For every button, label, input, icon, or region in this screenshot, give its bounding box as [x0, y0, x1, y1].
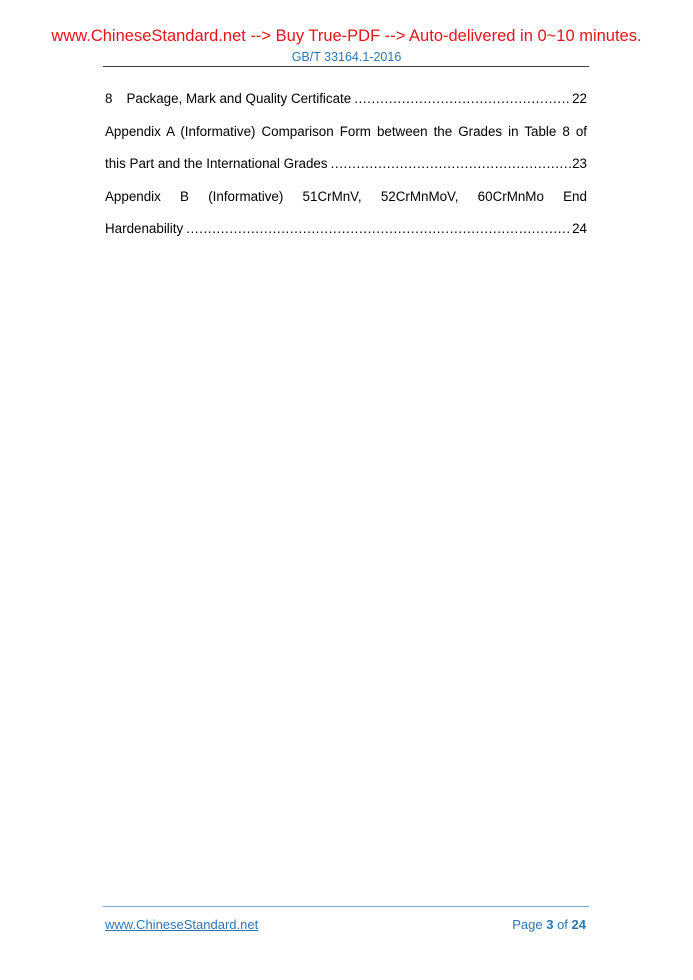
toc-entry-page: 22 — [572, 89, 587, 109]
header-divider — [103, 66, 589, 67]
page-indicator: Page 3 of 24 — [512, 917, 586, 932]
toc-entry-label: 8Package, Mark and Quality Certificate — [105, 89, 351, 109]
standard-code-header: GB/T 33164.1-2016 — [0, 50, 693, 64]
toc-entry-number: 8 — [105, 91, 112, 106]
toc-leader-dots — [186, 219, 571, 239]
total-pages-number: 24 — [572, 917, 586, 932]
toc-entry-title-text: Appendix A (Informative) Comparison Form… — [105, 122, 587, 142]
page-prefix: Page — [512, 917, 542, 932]
toc-word: B — [180, 187, 189, 207]
promo-banner[interactable]: www.ChineseStandard.net --> Buy True-PDF… — [0, 27, 693, 46]
toc-entry-page: 24 — [572, 219, 587, 239]
toc-entry-8[interactable]: 8Package, Mark and Quality Certificate 2… — [105, 89, 587, 109]
current-page-number: 3 — [546, 917, 553, 932]
toc-entry-page: 23 — [572, 154, 587, 174]
toc-entry-title-line2: Hardenability — [105, 219, 183, 239]
toc-entry-title-line2: this Part and the International Grades — [105, 154, 328, 174]
toc-entry-title-line1: Appendix B (Informative) 51CrMnV, 52CrMn… — [105, 187, 587, 207]
toc-word: 52CrMnMoV, — [381, 187, 459, 207]
toc-entry-title: Package, Mark and Quality Certificate — [126, 91, 351, 106]
toc-word: 60CrMnMo — [478, 187, 544, 207]
table-of-contents: 8Package, Mark and Quality Certificate 2… — [105, 89, 587, 252]
toc-word: (Informative) — [208, 187, 283, 207]
toc-word: Appendix — [105, 187, 161, 207]
toc-entry-title-line1: Appendix A (Informative) Comparison Form… — [105, 122, 587, 142]
page-of: of — [557, 917, 568, 932]
toc-word: End — [563, 187, 587, 207]
footer-divider — [103, 906, 589, 907]
toc-leader-dots — [354, 89, 571, 109]
toc-leader-dots — [331, 154, 572, 174]
toc-word: 51CrMnV, — [303, 187, 362, 207]
footer-website-link[interactable]: www.ChineseStandard.net — [105, 917, 258, 932]
toc-entry-appendix-b[interactable]: Appendix B (Informative) 51CrMnV, 52CrMn… — [105, 187, 587, 239]
toc-entry-appendix-a[interactable]: Appendix A (Informative) Comparison Form… — [105, 122, 587, 174]
